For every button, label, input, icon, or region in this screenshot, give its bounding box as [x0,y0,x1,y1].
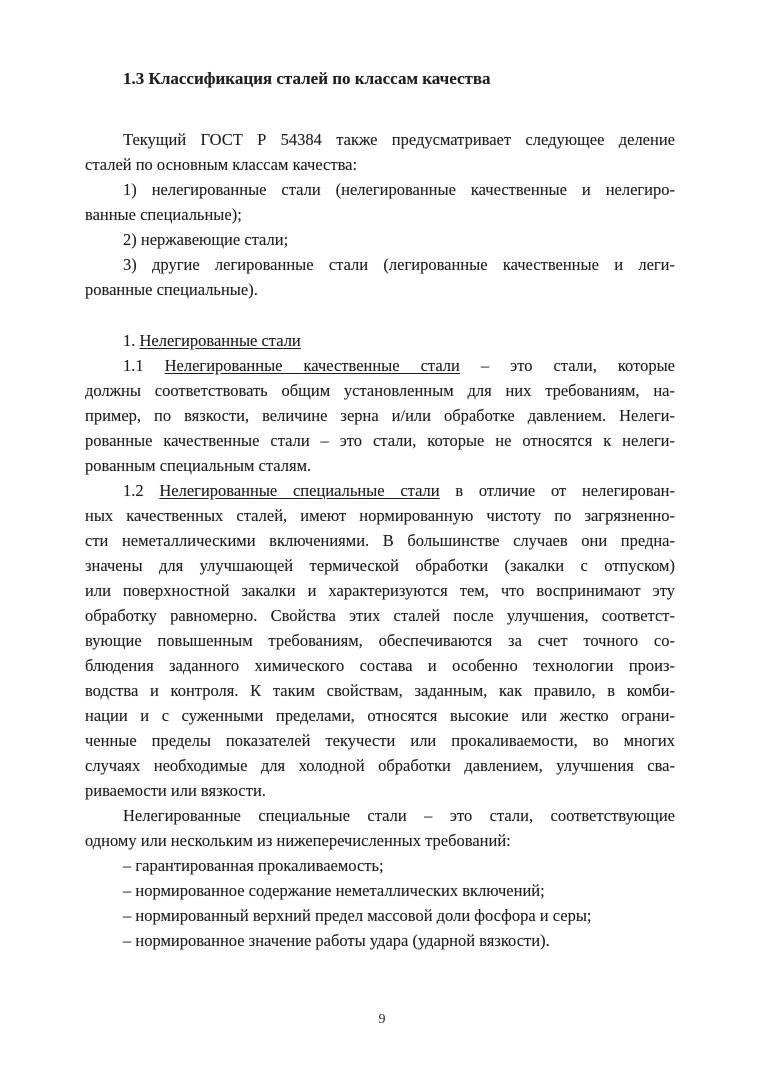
text-line: блюдения заданного химического состава и… [85,653,675,678]
text-line: рованные качественные стали – это стали,… [85,428,675,453]
requirements-intro: Нелегированные специальные стали – это с… [85,803,675,853]
text-line: – гарантированная прокаливаемость; [85,853,675,878]
dash-item-3: – нормированный верхний предел массовой … [85,903,675,928]
section-heading: 1.3 Классификация сталей по классам каче… [85,66,675,91]
text-segment: нации и с суженными пределами, относятся… [85,706,675,725]
underlined-text: Нелегированные стали [140,331,301,350]
text-line: 1) нелегированные стали (нелегированные … [85,177,675,202]
dash-item-2: – нормированное содержание неметаллическ… [85,878,675,903]
text-segment: Нелегированные специальные стали – это с… [123,806,675,825]
text-segment: – нормированное значение работы удара (у… [123,931,550,950]
text-line: сталей по основным классам качества: [85,152,675,177]
text-line: значены для улучшающей термической обраб… [85,553,675,578]
text-segment: рованным специальным сталям. [85,456,311,475]
text-segment: одному или нескольким из нижеперечисленн… [85,831,511,850]
text-segment: – гарантированная прокаливаемость; [123,856,384,875]
paragraph-1-1: 1.1 Нелегированные качественные стали – … [85,353,675,478]
text-line: или поверхностной закалки и характеризую… [85,578,675,603]
text-segment: 1. [123,331,140,350]
text-segment: или поверхностной закалки и характеризую… [85,581,675,600]
text-segment: водства и контроля. К таким свойствам, з… [85,681,675,700]
text-segment: рованные качественные стали – это стали,… [85,431,675,450]
text-segment: ванные специальные); [85,205,242,224]
text-segment: случаях необходимые для холодной обработ… [85,756,675,775]
document-page: 1.3 Классификация сталей по классам каче… [0,0,764,1080]
text-line: нации и с суженными пределами, относятся… [85,703,675,728]
text-segment: 1) нелегированные стали (нелегированные … [123,180,675,199]
text-segment: в отличие от нелегирован- [440,481,675,500]
numbered-item-2: 2) нержавеющие стали; [85,227,675,252]
dash-item-1: – гарантированная прокаливаемость; [85,853,675,878]
dash-item-4: – нормированное значение работы удара (у… [85,928,675,953]
text-segment: сталей по основным классам качества: [85,155,357,174]
text-line: водства и контроля. К таким свойствам, з… [85,678,675,703]
text-line: 3) другие легированные стали (легированн… [85,252,675,277]
text-line: 1.3 Классификация сталей по классам каче… [85,66,675,91]
underlined-text: Нелегированные качественные стали [165,356,460,375]
text-line: должны соответствовать общим установленн… [85,378,675,403]
text-line: обработку равномерно. Свойства этих стал… [85,603,675,628]
text-line: Нелегированные специальные стали – это с… [85,803,675,828]
text-line: 1.1 Нелегированные качественные стали – … [85,353,675,378]
text-segment: ченные пределы показателей текучести или… [85,731,675,750]
text-line: – нормированное содержание неметаллическ… [85,878,675,903]
text-segment: должны соответствовать общим установленн… [85,381,675,400]
text-line: рованным специальным сталям. [85,453,675,478]
text-segment: 1.2 [123,481,159,500]
text-segment: 1.3 Классификация сталей по классам каче… [123,69,491,88]
text-segment: пример, по вязкости, величине зерна и/ил… [85,406,675,425]
page-number: 9 [0,1012,764,1028]
text-segment: обработку равномерно. Свойства этих стал… [85,606,675,625]
text-segment: – нормированное содержание неметаллическ… [123,881,545,900]
text-segment: сти неметаллическими включениями. В боль… [85,531,675,550]
text-segment: – это стали, которые [460,356,675,375]
text-segment: риваемости или вязкости. [85,781,266,800]
numbered-item-3: 3) другие легированные стали (легированн… [85,252,675,302]
text-segment: – нормированный верхний предел массовой … [123,906,592,925]
text-segment: 3) другие легированные стали (легированн… [123,255,675,274]
text-segment: рованные специальные). [85,280,258,299]
text-segment: Текущий ГОСТ Р 54384 также предусматрива… [123,130,675,149]
underlined-text: Нелегированные специальные стали [159,481,439,500]
text-line: пример, по вязкости, величине зерна и/ил… [85,403,675,428]
text-line: – нормированное значение работы удара (у… [85,928,675,953]
text-line: ных качественных сталей, имеют нормирова… [85,503,675,528]
text-line: случаях необходимые для холодной обработ… [85,753,675,778]
intro-paragraph: Текущий ГОСТ Р 54384 также предусматрива… [85,127,675,177]
text-segment: вующие повышенным требованиям, обеспечив… [85,631,675,650]
document-content: 1.3 Классификация сталей по классам каче… [85,66,675,953]
text-segment: 1.1 [123,356,165,375]
text-segment: ных качественных сталей, имеют нормирова… [85,506,675,525]
numbered-item-1: 1) нелегированные стали (нелегированные … [85,177,675,227]
text-line: – нормированный верхний предел массовой … [85,903,675,928]
text-line: ченные пределы показателей текучести или… [85,728,675,753]
text-line: риваемости или вязкости. [85,778,675,803]
paragraph-1-2: 1.2 Нелегированные специальные стали в о… [85,478,675,803]
text-line: сти неметаллическими включениями. В боль… [85,528,675,553]
text-line: одному или нескольким из нижеперечисленн… [85,828,675,853]
text-line: рованные специальные). [85,277,675,302]
text-segment: 2) нержавеющие стали; [123,230,288,249]
text-line: вующие повышенным требованиям, обеспечив… [85,628,675,653]
text-line: ванные специальные); [85,202,675,227]
text-line: Текущий ГОСТ Р 54384 также предусматрива… [85,127,675,152]
text-line: 1.2 Нелегированные специальные стали в о… [85,478,675,503]
subsection-title-1: 1. Нелегированные стали [85,328,675,353]
text-segment: значены для улучшающей термической обраб… [85,556,675,575]
text-line: 1. Нелегированные стали [85,328,675,353]
text-segment: блюдения заданного химического состава и… [85,656,675,675]
text-line: 2) нержавеющие стали; [85,227,675,252]
